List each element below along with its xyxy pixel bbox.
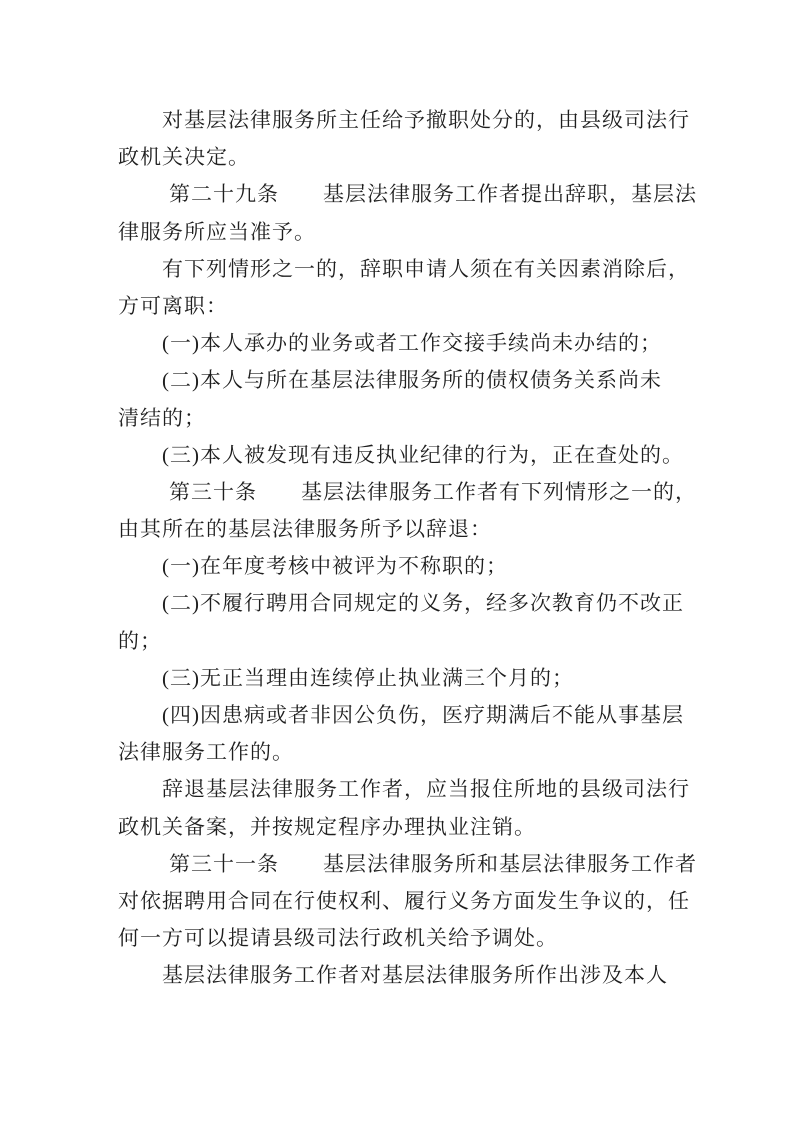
text-line: 有下列情形之一的，辞职申请人须在有关因素消除后， (118, 251, 718, 288)
text-line: 辞退基层法律服务工作者，应当报住所地的县级司法行 (118, 771, 718, 808)
text-line: 何一方可以提请县级司法行政机关给予调处。 (118, 920, 718, 957)
text-line: 对基层法律服务所主任给予撤职处分的，由县级司法行 (118, 102, 718, 139)
document-text: 对基层法律服务所主任给予撤职处分的，由县级司法行政机关决定。第二十九条 基层法律… (118, 102, 718, 995)
document-page: 对基层法律服务所主任给予撤职处分的，由县级司法行政机关决定。第二十九条 基层法律… (0, 0, 793, 1122)
text-line: 方可离职： (118, 288, 718, 325)
text-line: (三)本人被发现有违反执业纪律的行为，正在查处的。 (118, 437, 718, 474)
text-line: 政机关备案，并按规定程序办理执业注销。 (118, 809, 718, 846)
text-line: (三)无正当理由连续停止执业满三个月的； (118, 660, 718, 697)
text-line: (四)因患病或者非因公负伤，医疗期满后不能从事基层 (118, 697, 718, 734)
text-line: 第三十一条 基层法律服务所和基层法律服务工作者 (118, 846, 718, 883)
text-line: 对依据聘用合同在行使权利、履行义务方面发生争议的，任 (118, 883, 718, 920)
text-line: 基层法律服务工作者对基层法律服务所作出涉及本人 (118, 957, 718, 994)
text-line: (一)本人承办的业务或者工作交接手续尚未办结的； (118, 325, 718, 362)
text-line: 的； (118, 623, 718, 660)
text-line: 清结的； (118, 400, 718, 437)
text-line: 律服务所应当准予。 (118, 214, 718, 251)
text-line: 法律服务工作的。 (118, 734, 718, 771)
text-line: 政机关决定。 (118, 139, 718, 176)
text-line: (二)不履行聘用合同规定的义务，经多次教育仍不改正 (118, 585, 718, 622)
text-line: (一)在年度考核中被评为不称职的； (118, 548, 718, 585)
text-line: 由其所在的基层法律服务所予以辞退： (118, 511, 718, 548)
text-line: 第三十条 基层法律服务工作者有下列情形之一的， (118, 474, 718, 511)
text-line: 第二十九条 基层法律服务工作者提出辞职，基层法 (118, 176, 718, 213)
text-line: (二)本人与所在基层法律服务所的债权债务关系尚未 (118, 362, 718, 399)
